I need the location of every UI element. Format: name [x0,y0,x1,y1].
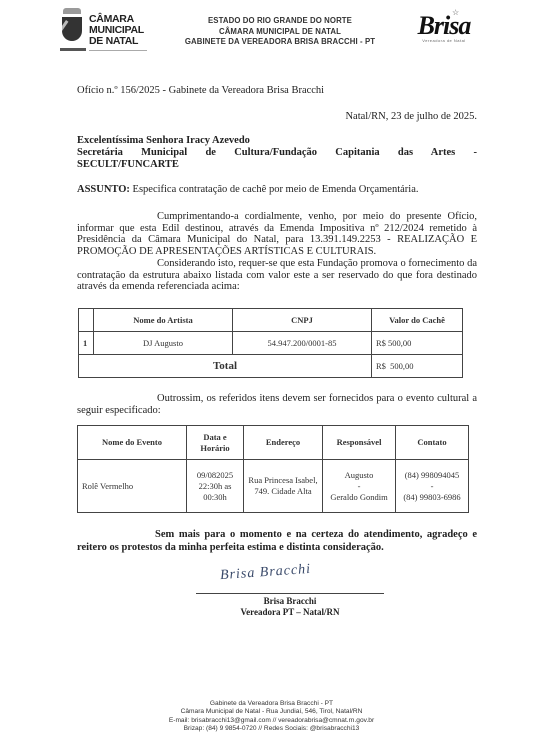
col-responsible: Responsável [323,426,396,460]
letterhead: CÂMARA MUNICIPAL DE NATAL ESTADO DO RIO … [0,0,543,62]
recipient-block: Excelentíssima Senhora Iracy Azevedo Sec… [77,135,477,171]
event-datetime: 09/082025 22:30h as 00:30h [187,460,244,513]
subject-line: ASSUNTO: Especifica contratação de cachê… [77,184,477,195]
handwritten-signature: Brisa Bracchi [220,562,312,584]
signer-name: Brisa Bracchi [196,596,384,607]
paragraph-request: Considerando isto, requer-se que esta Fu… [77,258,477,293]
footer-office: Gabinete da Vereadora Brisa Bracchi - PT [100,700,443,708]
artist-fee: R$ 500,00 [372,332,463,355]
row-number: 1 [79,332,94,355]
col-address: Endereço [244,426,323,460]
event-name: Rolê Vermelho [78,460,187,513]
brisa-logo: ☆ Brisa Vereadora de Natal [404,12,484,52]
camara-municipal-logo: CÂMARA MUNICIPAL DE NATAL [58,8,148,54]
recipient-name: Excelentíssima Senhora Iracy Azevedo [77,135,477,147]
total-label: Total [79,355,372,378]
oficio-number: Ofício n.º 156/2025 - Gabinete da Veread… [77,85,324,96]
header-line-state: ESTADO DO RIO GRANDE DO NORTE [160,16,400,27]
letter-footer: Gabinete da Vereadora Brisa Bracchi - PT… [100,700,443,734]
city-crest-icon [60,8,84,54]
table-row: Rolê Vermelho 09/082025 22:30h as 00:30h… [78,460,469,513]
recipient-org: SECULT/FUNCARTE [77,159,477,171]
header-line-camara: CÂMARA MUNICIPAL DE NATAL [160,27,400,38]
total-row: Total R$ 500,00 [79,355,463,378]
paragraph-event-intro: Outrossim, os referidos itens devem ser … [77,393,477,416]
brisa-logo-subtitle: Vereadora de Natal [404,38,484,43]
paragraph-greeting: Cumprimentando-a cordialmente, venho, po… [77,211,477,257]
event-table-header: Nome do Evento Data e Horário Endereço R… [78,426,469,460]
recipient-role: Secretária Municipal de Cultura/Fundação… [77,147,477,159]
artist-cnpj: 54.947.200/0001-85 [233,332,372,355]
star-icon: ☆ [452,8,459,17]
subject-label: ASSUNTO: [77,184,130,195]
col-number [79,309,94,332]
brisa-logo-word: Brisa [404,12,484,40]
subject-text: Especifica contratação de cachê por meio… [130,184,419,195]
footer-contacts: Brizap: (84) 9 9854-0720 // Redes Sociai… [100,725,443,733]
col-datetime: Data e Horário [187,426,244,460]
artist-table-header: Nome do Artista CNPJ Valor do Cachê [79,309,463,332]
col-cnpj: CNPJ [233,309,372,332]
event-address: Rua Princesa Isabel, 749. Cidade Alta [244,460,323,513]
signer-block: Brisa Bracchi Vereadora PT – Natal/RN [196,596,384,618]
letter-date: Natal/RN, 23 de julho de 2025. [345,111,477,122]
closing-paragraph: Sem mais para o momento e na certeza do … [77,528,477,554]
footer-address: Câmara Municipal de Natal - Rua Jundiaí,… [100,708,443,716]
signature-line [196,593,384,594]
col-fee: Valor do Cachê [372,309,463,332]
header-line-gabinete: GABINETE DA VEREADORA BRISA BRACCHI - PT [160,37,400,48]
logo-underline [89,50,147,51]
event-responsible: Augusto - Geraldo Gondim [323,460,396,513]
footer-email: E-mail: brisabracchi13@gmail.com // vere… [100,717,443,725]
artist-name: DJ Augusto [94,332,233,355]
letterhead-title: ESTADO DO RIO GRANDE DO NORTE CÂMARA MUN… [160,16,400,48]
signer-title: Vereadora PT – Natal/RN [196,607,384,618]
artist-table: Nome do Artista CNPJ Valor do Cachê 1 DJ… [78,308,463,378]
event-contact: (84) 998094045 - (84) 99803-6986 [396,460,469,513]
col-event-name: Nome do Evento [78,426,187,460]
camara-logo-text: CÂMARA MUNICIPAL DE NATAL [89,14,144,47]
total-value: R$ 500,00 [372,355,463,378]
event-table: Nome do Evento Data e Horário Endereço R… [77,425,469,513]
col-artist-name: Nome do Artista [94,309,233,332]
col-contact: Contato [396,426,469,460]
table-row: 1 DJ Augusto 54.947.200/0001-85 R$ 500,0… [79,332,463,355]
